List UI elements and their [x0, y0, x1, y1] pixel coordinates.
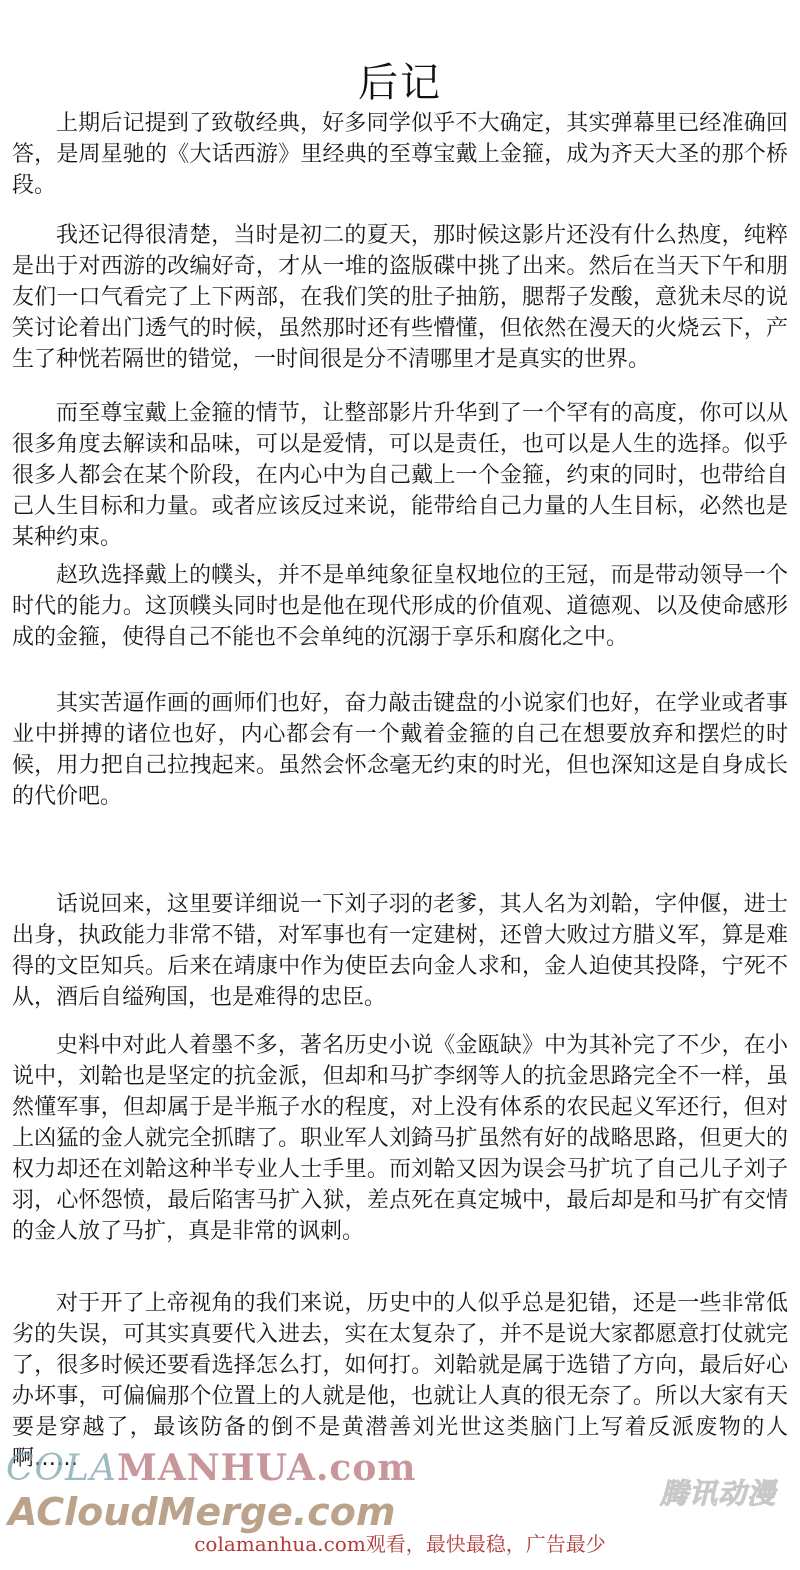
- acloudmerge-watermark: ACloudMerge.com: [8, 1490, 395, 1534]
- paragraph-7: 史料中对此人着墨不多，著名历史小说《金瓯缺》中为其补完了不少，在小说中，刘韐也是…: [12, 1030, 788, 1247]
- paragraph-1: 上期后记提到了致敬经典，好多同学似乎不大确定，其实弹幕里已经准确回答，是周星驰的…: [12, 108, 788, 201]
- paragraph-3: 而至尊宝戴上金箍的情节，让整部影片升华到了一个罕有的高度，你可以从很多角度去解读…: [12, 398, 788, 553]
- page-title: 后记: [0, 55, 800, 111]
- paragraph-2: 我还记得很清楚，当时是初二的夏天，那时候这影片还没有什么热度，纯粹是出于对西游的…: [12, 220, 788, 375]
- paragraph-4: 赵玖选择戴上的幞头，并不是单纯象征皇权地位的王冠，而是带动领导一个时代的能力。这…: [12, 560, 788, 653]
- footer-ad-text: colamanhua.com观看，最快最稳，广告最少: [0, 1530, 800, 1558]
- paragraph-5: 其实苦逼作画的画师们也好，奋力敲击键盘的小说家们也好，在学业或者事业中拼搏的诸位…: [12, 688, 788, 812]
- paragraph-8: 对于开了上帝视角的我们来说，历史中的人似乎总是犯错，还是一些非常低劣的失误，可其…: [12, 1288, 788, 1474]
- paragraph-6: 话说回来，这里要详细说一下刘子羽的老爹，其人名为刘韐，字仲偃，进士出身，执政能力…: [12, 889, 788, 1013]
- tencent-comic-logo: 腾讯动漫: [660, 1476, 792, 1512]
